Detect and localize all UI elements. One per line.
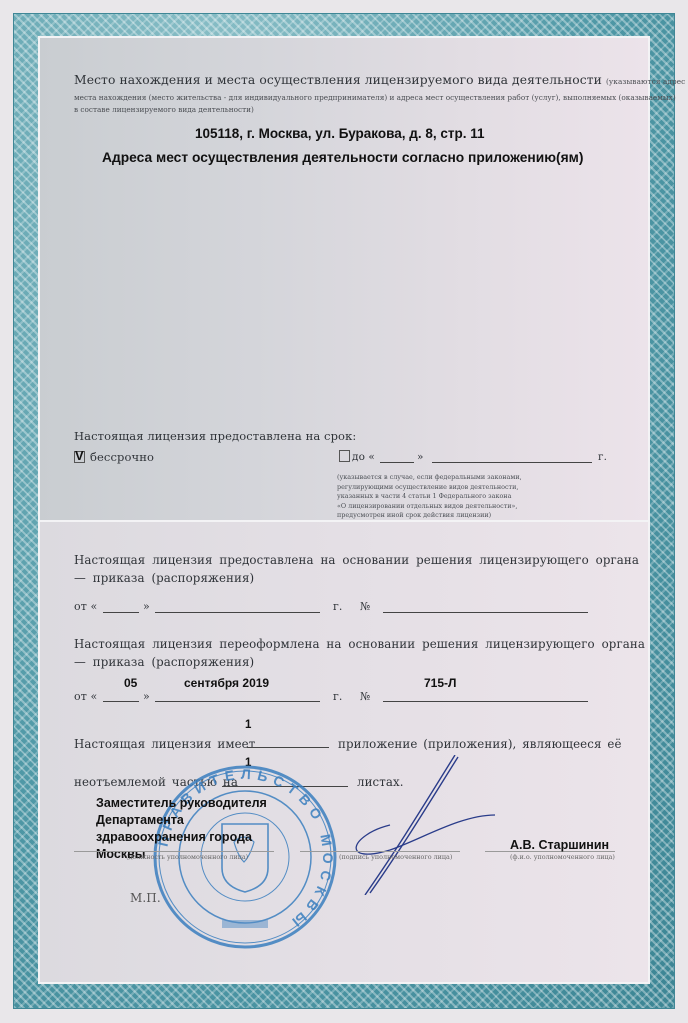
until-checkbox[interactable]	[339, 450, 350, 462]
until-month-line	[432, 462, 592, 463]
reissue-text-line1: Настоящая лицензия переоформлена на осно…	[74, 637, 645, 651]
indefinite-label: бессрочно	[90, 450, 154, 464]
reissue-month-line	[155, 701, 320, 702]
reissue-from-label: от «	[74, 690, 97, 703]
until-day-line	[380, 462, 414, 463]
until-note-line: регулирующими осуществление видов деятел…	[337, 483, 527, 493]
appendix-text-a: Настоящая лицензия имеет	[74, 737, 255, 751]
signer-name: А.В. Старшинин	[510, 838, 609, 852]
grant-from-label: от «	[74, 600, 97, 613]
location-heading-note: (указываются адрес	[606, 77, 685, 86]
until-note-line: (указывается в случае, если федеральными…	[337, 473, 527, 483]
location-note-line3: в составе лицензируемого вида деятельнос…	[74, 105, 254, 114]
until-note-line: указанных в части 4 статьи 1 Федеральног…	[337, 492, 527, 502]
reissue-year-suffix: г.	[333, 690, 342, 703]
appendix-text-b: приложение (приложения), являющееся её	[338, 737, 622, 751]
signature-line	[300, 851, 460, 852]
grant-text-line1: Настоящая лицензия предоставлена на осно…	[74, 553, 639, 567]
signature-caption: (подпись уполномоченного лица)	[339, 853, 452, 861]
address-value: 105118, г. Москва, ул. Буракова, д. 8, с…	[195, 126, 484, 141]
reissue-month-year-value: сентября 2019	[184, 676, 269, 690]
term-heading: Настоящая лицензия предоставлена на срок…	[74, 429, 356, 443]
check-mark-icon: V	[75, 448, 84, 463]
until-note: (указывается в случае, если федеральными…	[337, 473, 527, 521]
location-heading: Место нахождения и места осуществления л…	[74, 73, 685, 87]
grant-quote-close: »	[143, 600, 150, 613]
signer-position-line: здравоохранения города	[96, 829, 267, 846]
grant-number-line	[383, 612, 588, 613]
until-label: до «	[352, 451, 375, 463]
reissue-text-line2: — приказа (распоряжения)	[74, 655, 254, 669]
addresses-appendix-note: Адреса мест осуществления деятельности с…	[102, 150, 583, 165]
stamp-place-label: М.П.	[130, 891, 161, 905]
grant-year-suffix: г.	[333, 600, 342, 613]
signature-icon	[330, 755, 530, 895]
position-line	[74, 851, 274, 852]
appendix-count-line	[247, 747, 329, 748]
reissue-quote-close: »	[143, 690, 150, 703]
grant-month-line	[155, 612, 320, 613]
reissue-number-label: №	[360, 690, 371, 703]
location-heading-text: Место нахождения и места осуществления л…	[74, 73, 602, 87]
appendix-count-value: 1	[245, 719, 251, 731]
reissue-number-value: 715-Л	[424, 676, 456, 690]
signer-position-line: Департамента	[96, 812, 267, 829]
until-quote-close: »	[417, 451, 424, 463]
until-note-line: предусмотрен иной срок действия лицензии…	[337, 511, 527, 521]
license-page-lower	[38, 520, 650, 984]
reissue-day-value: 05	[124, 676, 137, 690]
reissue-number-line	[383, 701, 588, 702]
location-note-line2: места нахождения (место жительства - для…	[74, 93, 676, 102]
grant-day-line	[103, 612, 139, 613]
until-year-suffix: г.	[598, 451, 607, 463]
signer-position-line: Заместитель руководителя	[96, 795, 267, 812]
name-caption: (ф.и.о. уполномоченного лица)	[510, 853, 615, 861]
position-caption: (должность уполномоченного лица)	[126, 853, 248, 861]
grant-text-line2: — приказа (распоряжения)	[74, 571, 254, 585]
until-note-line: «О лицензировании отдельных видов деятел…	[337, 502, 527, 512]
reissue-day-line	[103, 701, 139, 702]
grant-number-label: №	[360, 600, 371, 613]
